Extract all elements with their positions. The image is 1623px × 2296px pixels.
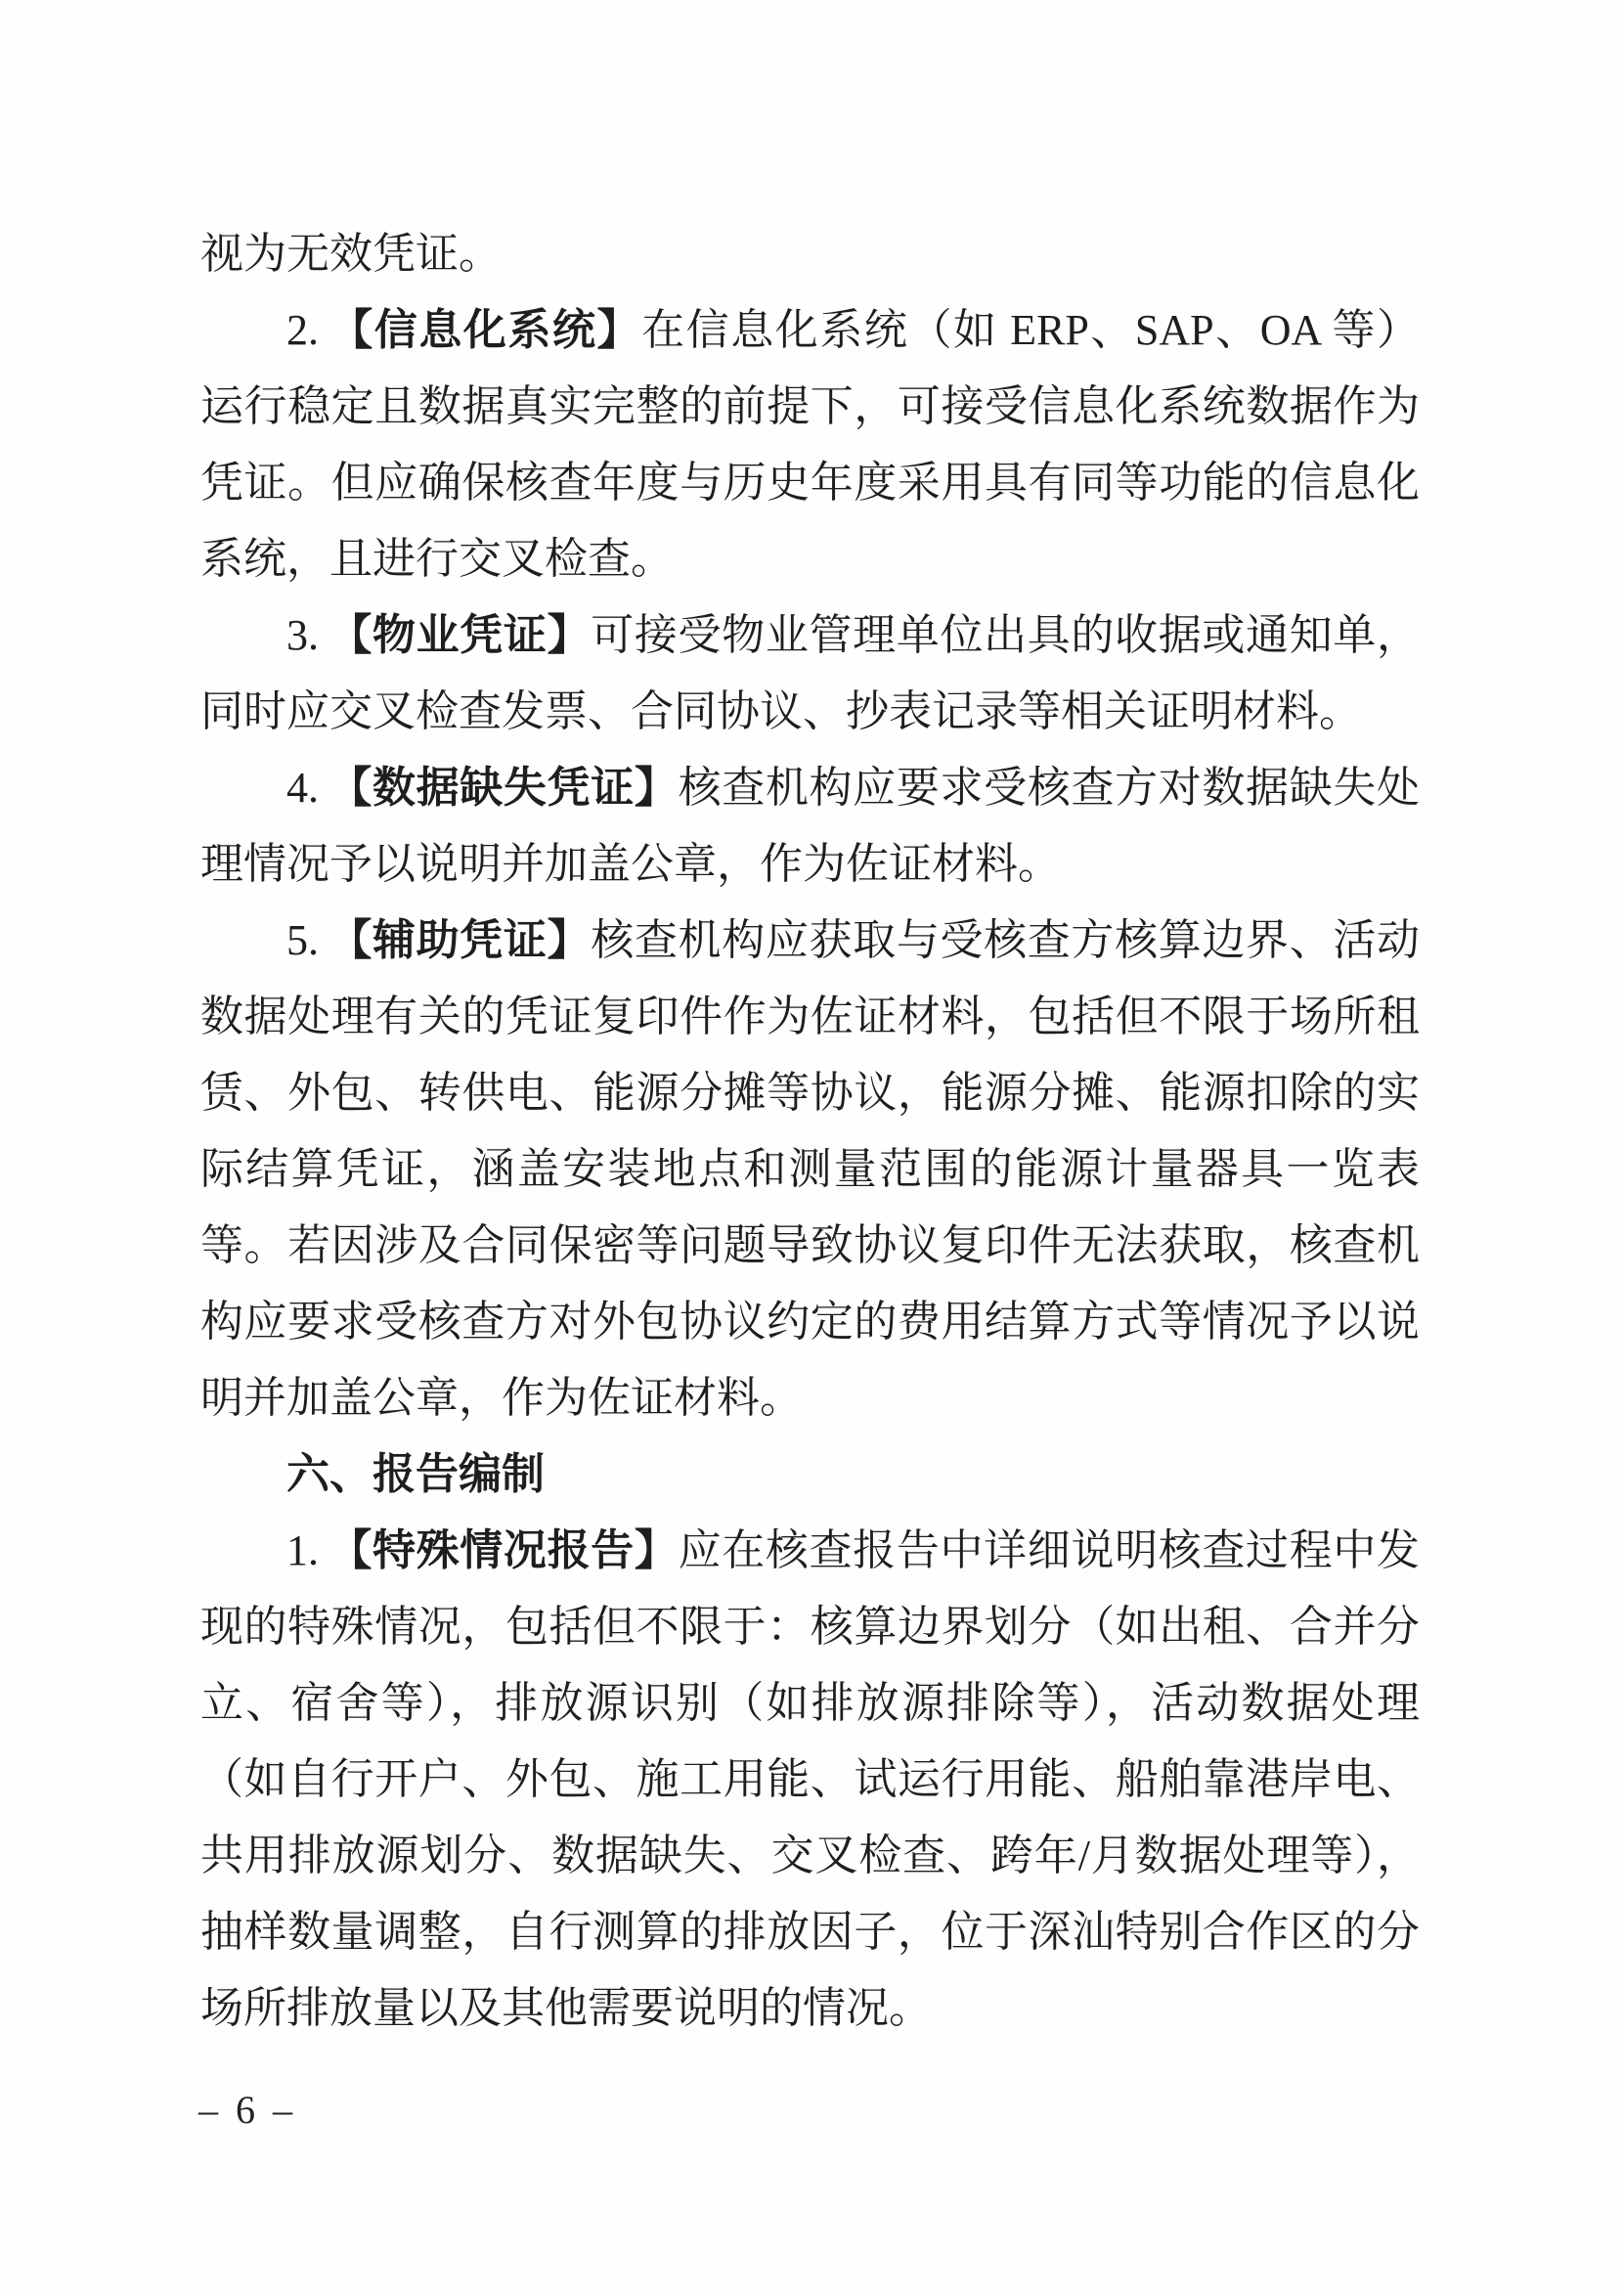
- item-number: 3.: [286, 611, 319, 659]
- paragraph-text: 视为无效凭证。: [200, 230, 502, 278]
- item-title: 【特殊情况报告】: [329, 1526, 679, 1574]
- paragraph-special-situation-report: 1.【特殊情况报告】应在核查报告中详细说明核查过程中发现的特殊情况，包括但不限于…: [200, 1513, 1420, 2047]
- page-number: – 6 –: [198, 2087, 296, 2134]
- section-heading-text: 六、报告编制: [286, 1450, 545, 1498]
- paragraph-property-voucher: 3.【物业凭证】可接受物业管理单位出具的收据或通知单，同时应交叉检查发票、合同协…: [200, 597, 1420, 750]
- section-heading-report-compilation: 六、报告编制: [200, 1436, 1420, 1513]
- document-page: 视为无效凭证。 2.【信息化系统】在信息化系统（如 ERP、SAP、OA 等）运…: [0, 0, 1623, 2296]
- item-title: 【信息化系统】: [329, 306, 641, 354]
- item-number: 5.: [286, 916, 319, 964]
- item-number: 4.: [286, 764, 319, 812]
- paragraph-auxiliary-voucher: 5.【辅助凭证】核查机构应获取与受核查方核算边界、活动数据处理有关的凭证复印件作…: [200, 903, 1420, 1436]
- document-body: 视为无效凭证。 2.【信息化系统】在信息化系统（如 ERP、SAP、OA 等）运…: [200, 216, 1420, 2047]
- item-title: 【物业凭证】: [329, 611, 592, 659]
- item-number: 2.: [286, 306, 319, 354]
- item-number: 1.: [286, 1526, 319, 1574]
- paragraph-missing-data-voucher: 4.【数据缺失凭证】核查机构应要求受核查方对数据缺失处理情况予以说明并加盖公章，…: [200, 750, 1420, 903]
- item-title: 【辅助凭证】: [329, 916, 592, 964]
- item-title: 【数据缺失凭证】: [329, 764, 679, 812]
- item-body: 应在核查报告中详细说明核查过程中发现的特殊情况，包括但不限于：核算边界划分（如出…: [200, 1526, 1420, 2032]
- paragraph-info-system: 2.【信息化系统】在信息化系统（如 ERP、SAP、OA 等）运行稳定且数据真实…: [200, 292, 1420, 597]
- item-body: 核查机构应获取与受核查方核算边界、活动数据处理有关的凭证复印件作为佐证材料，包括…: [200, 916, 1420, 1422]
- paragraph-continuation: 视为无效凭证。: [200, 216, 1420, 292]
